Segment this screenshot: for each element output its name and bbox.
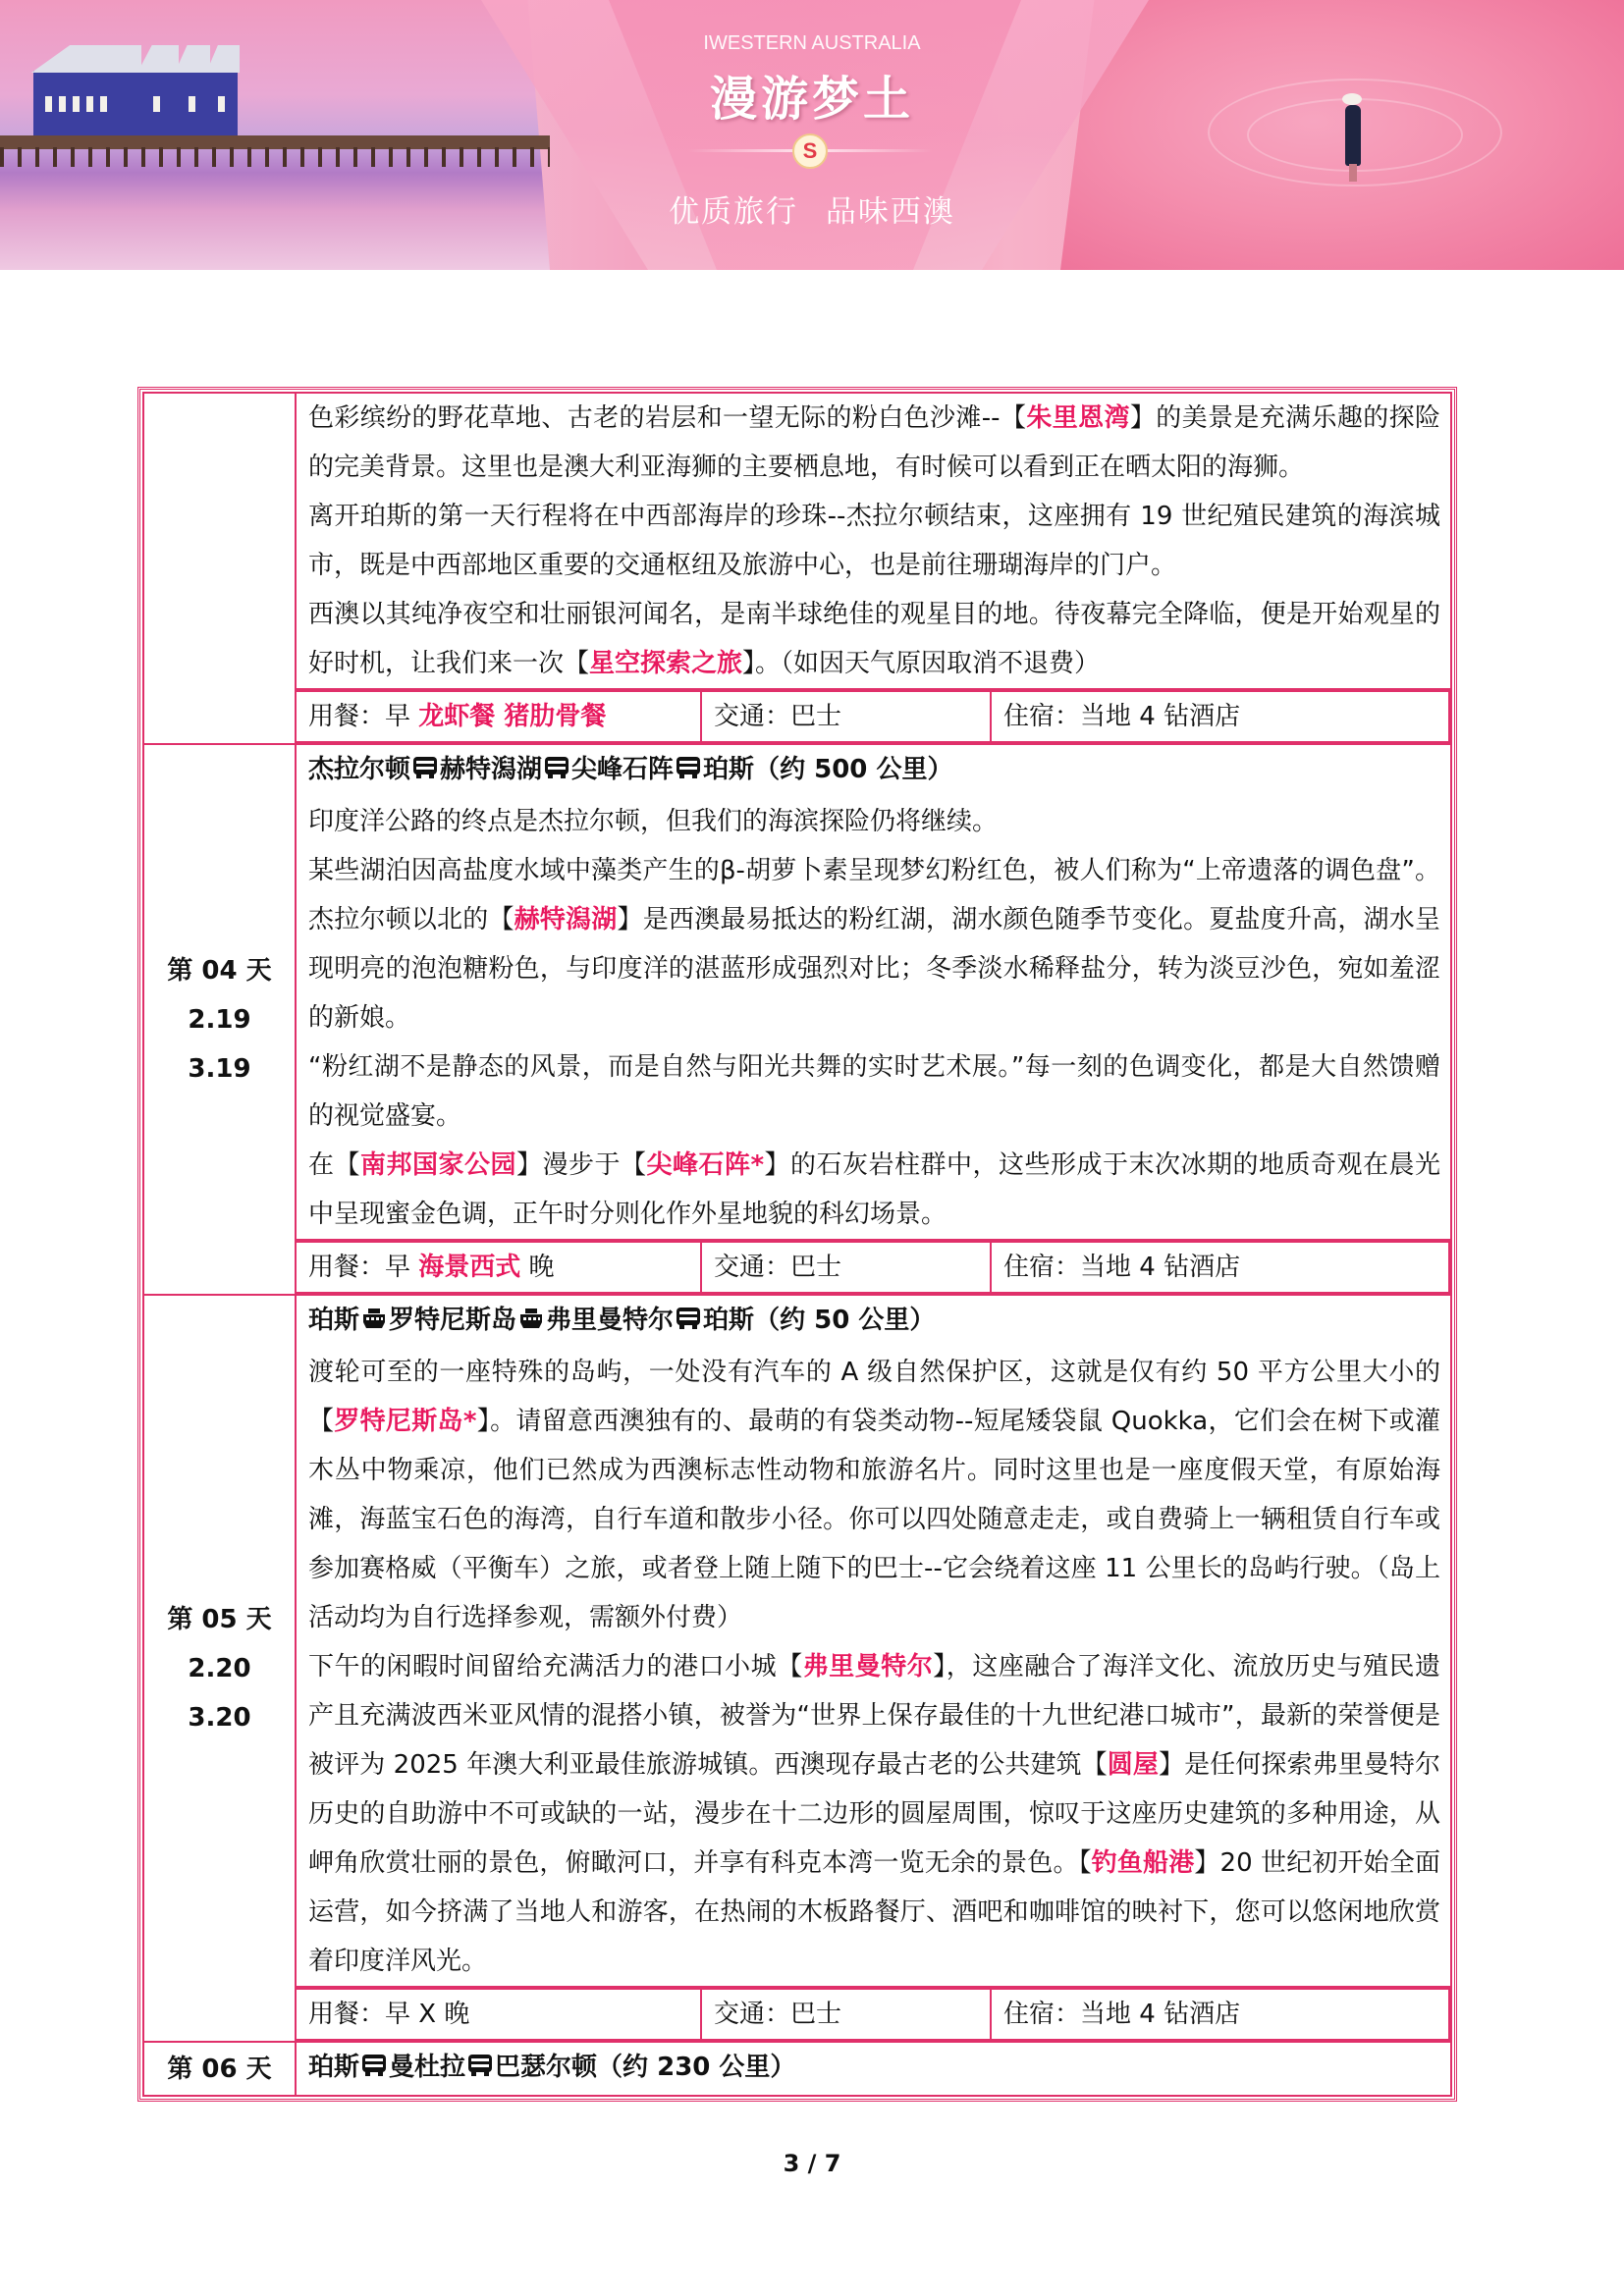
route-stop: 珀斯 <box>308 2053 359 2082</box>
meal-label: 用餐：早 <box>308 702 418 731</box>
day-label: 第 06 天 <box>144 2045 295 2094</box>
text: “粉红湖不是静态的风景，而是自然与阳光共舞的实时艺术展。”每一刻的色调变化，都是… <box>308 1052 1440 1131</box>
day05-day-cell: 第 05 天 2.20 3.20 <box>143 1295 296 2042</box>
route-distance: （约 500 公里） <box>754 755 952 784</box>
day06-description: 珀斯曼杜拉巴瑟尔顿（约 230 公里） <box>296 2042 1451 2096</box>
brand-logo-icon: S <box>792 133 828 169</box>
meal-highlight: 龙虾餐 猪肋骨餐 <box>418 702 606 731</box>
day03-info-row: 用餐：早 龙虾餐 猪肋骨餐 交通：巴士 住宿：当地 4 钻酒店 <box>143 689 1451 744</box>
bus-icon <box>411 748 439 797</box>
itinerary-table: 色彩缤纷的野花草地、古老的岩层和一望无际的粉白色沙滩--【朱里恩湾】的美景是充满… <box>137 387 1457 2102</box>
text: 印度洋公路的终点是杰拉尔顿，但我们的海滨探险仍将继续。 <box>308 807 998 836</box>
date: 3.19 <box>144 1044 295 1094</box>
jetty-posts <box>0 147 550 167</box>
text: 】漫步于【 <box>516 1150 646 1180</box>
highlight-attraction: 朱里恩湾 <box>1026 403 1130 433</box>
route-distance: （约 50 公里） <box>754 1306 935 1335</box>
day06-row: 第 06 天 珀斯曼杜拉巴瑟尔顿（约 230 公里） <box>143 2042 1451 2096</box>
ferry-icon <box>517 1299 545 1348</box>
route-stop: 罗特尼斯岛 <box>389 1306 516 1335</box>
route-stop: 弗里曼特尔 <box>546 1306 674 1335</box>
day05-description: 珀斯罗特尼斯岛弗里曼特尔珀斯（约 50 公里） 渡轮可至的一座特殊的岛屿，一处没… <box>296 1295 1451 1987</box>
route-stop: 赫特潟湖 <box>440 755 542 784</box>
paragraph: 色彩缤纷的野花草地、古老的岩层和一望无际的粉白色沙滩--【朱里恩湾】的美景是充满… <box>308 394 1440 492</box>
bus-icon <box>675 748 702 797</box>
page-indicator: 3 / 7 <box>0 2150 1624 2177</box>
route-heading: 珀斯曼杜拉巴瑟尔顿（约 230 公里） <box>308 2043 1440 2095</box>
text: 在【 <box>308 1150 360 1180</box>
paragraph: 下午的闲暇时间留给充满活力的港口小城【弗里曼特尔】，这座融合了海洋文化、流放历史… <box>308 1642 1440 1986</box>
route-stop: 巴瑟尔顿 <box>495 2053 597 2082</box>
lodging-info: 住宿：当地 4 钻酒店 <box>991 1989 1449 2040</box>
meal-label: 用餐：早 <box>308 1253 418 1282</box>
info-subtable: 用餐：早 海景西式 晚 交通：巴士 住宿：当地 4 钻酒店 <box>297 1241 1450 1294</box>
day-label: 第 04 天 <box>144 946 295 995</box>
day04-info-cell: 用餐：早 海景西式 晚 交通：巴士 住宿：当地 4 钻酒店 <box>296 1240 1451 1295</box>
day04-description-row: 第 04 天 2.19 3.19 杰拉尔顿赫特潟湖尖峰石阵珀斯（约 500 公里… <box>143 744 1451 1240</box>
day05-info-row: 用餐：早 X 晚 交通：巴士 住宿：当地 4 钻酒店 <box>143 1987 1451 2042</box>
paragraph: 某些湖泊因高盐度水域中藻类产生的β-胡萝卜素呈现梦幻粉红色，被人们称为“上帝遗落… <box>308 846 1440 1042</box>
route-heading: 杰拉尔顿赫特潟湖尖峰石阵珀斯（约 500 公里） <box>308 745 1440 797</box>
text: 】。请留意西澳独有的、最萌的有袋类动物--短尾矮袋鼠 Quokka，它们会在树下… <box>308 1407 1440 1632</box>
day03-description: 色彩缤纷的野花草地、古老的岩层和一望无际的粉白色沙滩--【朱里恩湾】的美景是充满… <box>296 393 1451 689</box>
highlight-attraction: 圆屋 <box>1108 1750 1159 1780</box>
day03-description-row: 色彩缤纷的野花草地、古老的岩层和一望无际的粉白色沙滩--【朱里恩湾】的美景是充满… <box>143 393 1451 689</box>
slogan-part-2: 品味西澳 <box>826 194 955 230</box>
highlight-attraction: 罗特尼斯岛* <box>334 1407 476 1436</box>
day03-day-cell <box>143 393 296 744</box>
itinerary-grid: 色彩缤纷的野花草地、古老的岩层和一望无际的粉白色沙滩--【朱里恩湾】的美景是充满… <box>142 392 1452 2097</box>
day03-info-cell: 用餐：早 龙虾餐 猪肋骨餐 交通：巴士 住宿：当地 4 钻酒店 <box>296 689 1451 744</box>
meal-highlight: 海景西式 <box>418 1253 520 1282</box>
paragraph: “粉红湖不是静态的风景，而是自然与阳光共舞的实时艺术展。”每一刻的色调变化，都是… <box>308 1042 1440 1141</box>
route-stop: 珀斯 <box>703 755 754 784</box>
transport-info: 交通：巴士 <box>701 691 991 742</box>
bus-icon <box>360 2046 388 2095</box>
header-banner: IWESTERN AUSTRALIA 漫游梦土 S 优质旅行 品味西澳 <box>0 0 1624 270</box>
route-heading: 珀斯罗特尼斯岛弗里曼特尔珀斯（约 50 公里） <box>308 1296 1440 1348</box>
route-stop: 杰拉尔顿 <box>308 755 410 784</box>
day04-day-cell: 第 04 天 2.19 3.19 <box>143 744 296 1295</box>
highlight-attraction: 南邦国家公园 <box>360 1150 516 1180</box>
meal-info: 用餐：早 龙虾餐 猪肋骨餐 <box>297 691 701 742</box>
transport-info: 交通：巴士 <box>701 1242 991 1293</box>
paragraph: 在【南邦国家公园】漫步于【尖峰石阵*】的石灰岩柱群中，这些形成于末次冰期的地质奇… <box>308 1141 1440 1239</box>
date: 2.20 <box>144 1644 295 1693</box>
day-label: 第 05 天 <box>144 1595 295 1644</box>
lodging-info: 住宿：当地 4 钻酒店 <box>991 1242 1449 1293</box>
bus-icon <box>675 1299 702 1348</box>
info-subtable: 用餐：早 龙虾餐 猪肋骨餐 交通：巴士 住宿：当地 4 钻酒店 <box>297 690 1450 743</box>
highlight-attraction: 尖峰石阵* <box>646 1150 764 1180</box>
day05-info-cell: 用餐：早 X 晚 交通：巴士 住宿：当地 4 钻酒店 <box>296 1987 1451 2042</box>
route-stop: 曼杜拉 <box>389 2053 465 2082</box>
day04-info-row: 用餐：早 海景西式 晚 交通：巴士 住宿：当地 4 钻酒店 <box>143 1240 1451 1295</box>
meal-info: 用餐：早 海景西式 晚 <box>297 1242 701 1293</box>
transport-info: 交通：巴士 <box>701 1989 991 2040</box>
banner-title-english: IWESTERN AUSTRALIA <box>0 32 1624 55</box>
date: 2.19 <box>144 995 295 1044</box>
bus-icon <box>543 748 570 797</box>
date: 3.20 <box>144 1693 295 1742</box>
bus-icon <box>466 2046 494 2095</box>
meal-info: 用餐：早 X 晚 <box>297 1989 701 2040</box>
highlight-attraction: 星空探索之旅 <box>589 649 742 678</box>
meal-suffix: 晚 <box>520 1253 554 1282</box>
paragraph: 渡轮可至的一座特殊的岛屿，一处没有汽车的 A 级自然保护区，这就是仅有约 50 … <box>308 1348 1440 1642</box>
route-stop: 珀斯 <box>308 1306 359 1335</box>
banner-title-chinese: 漫游梦土 <box>0 61 1624 129</box>
text: 离开珀斯的第一天行程将在中西部海岸的珍珠--杰拉尔顿结束，这座拥有 19 世纪殖… <box>308 502 1440 580</box>
lodging-info: 住宿：当地 4 钻酒店 <box>991 691 1449 742</box>
info-subtable: 用餐：早 X 晚 交通：巴士 住宿：当地 4 钻酒店 <box>297 1988 1450 2041</box>
route-stop: 尖峰石阵 <box>571 755 674 784</box>
paragraph: 离开珀斯的第一天行程将在中西部海岸的珍珠--杰拉尔顿结束，这座拥有 19 世纪殖… <box>308 492 1440 590</box>
text: 】。（如因天气原因取消不退费） <box>742 649 1100 678</box>
text: 下午的闲暇时间留给充满活力的港口小城【 <box>308 1652 803 1682</box>
day06-day-cell: 第 06 天 <box>143 2042 296 2096</box>
highlight-attraction: 钓鱼船港 <box>1092 1848 1195 1878</box>
day05-description-row: 第 05 天 2.20 3.20 珀斯罗特尼斯岛弗里曼特尔珀斯（约 50 公里）… <box>143 1295 1451 1987</box>
banner-slogan: 优质旅行 品味西澳 <box>0 187 1624 231</box>
text: 色彩缤纷的野花草地、古老的岩层和一望无际的粉白色沙滩--【 <box>308 403 1026 433</box>
highlight-attraction: 赫特潟湖 <box>514 905 618 934</box>
slogan-part-1: 优质旅行 <box>669 194 798 230</box>
day04-description: 杰拉尔顿赫特潟湖尖峰石阵珀斯（约 500 公里） 印度洋公路的终点是杰拉尔顿，但… <box>296 744 1451 1240</box>
route-stop: 珀斯 <box>703 1306 754 1335</box>
ferry-icon <box>360 1299 388 1348</box>
paragraph: 印度洋公路的终点是杰拉尔顿，但我们的海滨探险仍将继续。 <box>308 797 1440 846</box>
route-distance: （约 230 公里） <box>597 2053 795 2082</box>
paragraph: 西澳以其纯净夜空和壮丽银河闻名，是南半球绝佳的观星目的地。待夜幕完全降临，便是开… <box>308 590 1440 688</box>
highlight-attraction: 弗里曼特尔 <box>803 1652 934 1682</box>
